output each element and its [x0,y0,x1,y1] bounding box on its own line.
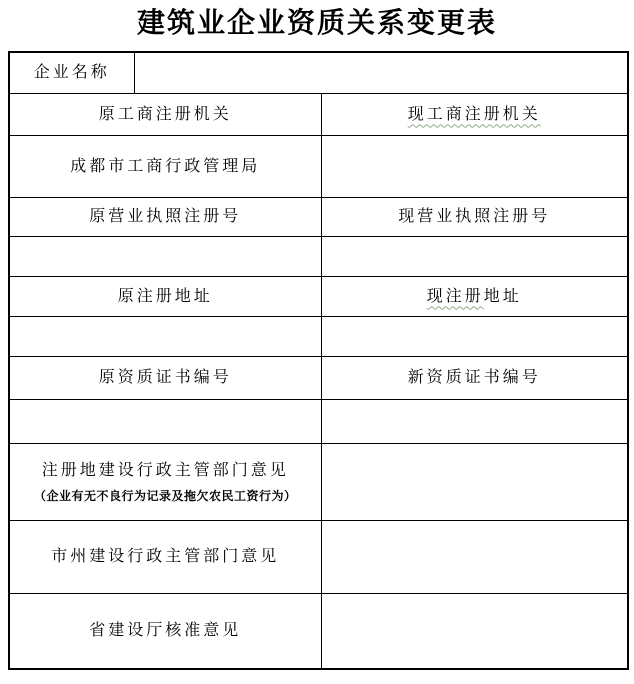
new-license-no-label-cell: 现营业执照注册号 [321,198,628,237]
row-opinion-city-authority: 市州建设行政主管部门意见 [9,521,628,594]
company-name-value-cell [134,52,628,94]
old-cert-no-label-cell: 原资质证书编号 [9,357,321,400]
company-name-label-cell: 企业名称 [9,52,134,94]
row-license-no-values [9,237,628,277]
row-company-name: 企业名称 [9,52,628,94]
old-cert-no-value-cell [9,400,321,444]
qualification-change-form-table: 企业名称 原工商注册机关 现工商注册机关 成都市工商行政管理局 原营业执照注册号… [8,51,629,670]
opinion-city-authority-value-cell [321,521,628,594]
row-opinion-registration-authority: 注册地建设行政主管部门意见 （企业有无不良行为记录及拖欠农民工资行为） [9,444,628,521]
new-reg-authority-label: 现工商注册机关 [408,106,541,123]
row-address-labels: 原注册地址 现注册地址 [9,277,628,317]
new-reg-authority-label-cell: 现工商注册机关 [321,94,628,136]
opinion-registration-authority-note: （企业有无不良行为记录及拖欠农民工资行为） [10,488,321,504]
opinion-registration-authority-label-cell: 注册地建设行政主管部门意见 （企业有无不良行为记录及拖欠农民工资行为） [9,444,321,521]
row-reg-authority-labels: 原工商注册机关 现工商注册机关 [9,94,628,136]
old-address-label-cell: 原注册地址 [9,277,321,317]
old-reg-authority-label-cell: 原工商注册机关 [9,94,321,136]
new-address-label-rest: 地址 [484,288,522,305]
row-license-no-labels: 原营业执照注册号 现营业执照注册号 [9,198,628,237]
row-cert-no-values [9,400,628,444]
document-title: 建筑业企业资质关系变更表 [0,8,634,38]
opinion-city-authority-label-cell: 市州建设行政主管部门意见 [9,521,321,594]
new-address-value-cell [321,317,628,357]
old-reg-authority-value-cell: 成都市工商行政管理局 [9,136,321,198]
row-opinion-provincial-dept: 省建设厅核准意见 [9,594,628,670]
new-cert-no-value-cell [321,400,628,444]
opinion-registration-authority-value-cell [321,444,628,521]
new-cert-no-label-cell: 新资质证书编号 [321,357,628,400]
document-page: 建筑业企业资质关系变更表 企业名称 原工商注册机关 现工商注册机关 成都市工商行… [0,0,634,684]
row-reg-authority-values: 成都市工商行政管理局 [9,136,628,198]
row-cert-no-labels: 原资质证书编号 新资质证书编号 [9,357,628,400]
old-address-value-cell [9,317,321,357]
new-address-label-cell: 现注册地址 [321,277,628,317]
old-license-no-value-cell [9,237,321,277]
opinion-provincial-dept-label-cell: 省建设厅核准意见 [9,594,321,670]
opinion-provincial-dept-value-cell [321,594,628,670]
opinion-registration-authority-label: 注册地建设行政主管部门意见 [42,462,289,479]
old-license-no-label-cell: 原营业执照注册号 [9,198,321,237]
row-address-values [9,317,628,357]
new-reg-authority-value-cell [321,136,628,198]
new-address-label-wavy-part: 现注册 [427,288,484,305]
new-license-no-value-cell [321,237,628,277]
